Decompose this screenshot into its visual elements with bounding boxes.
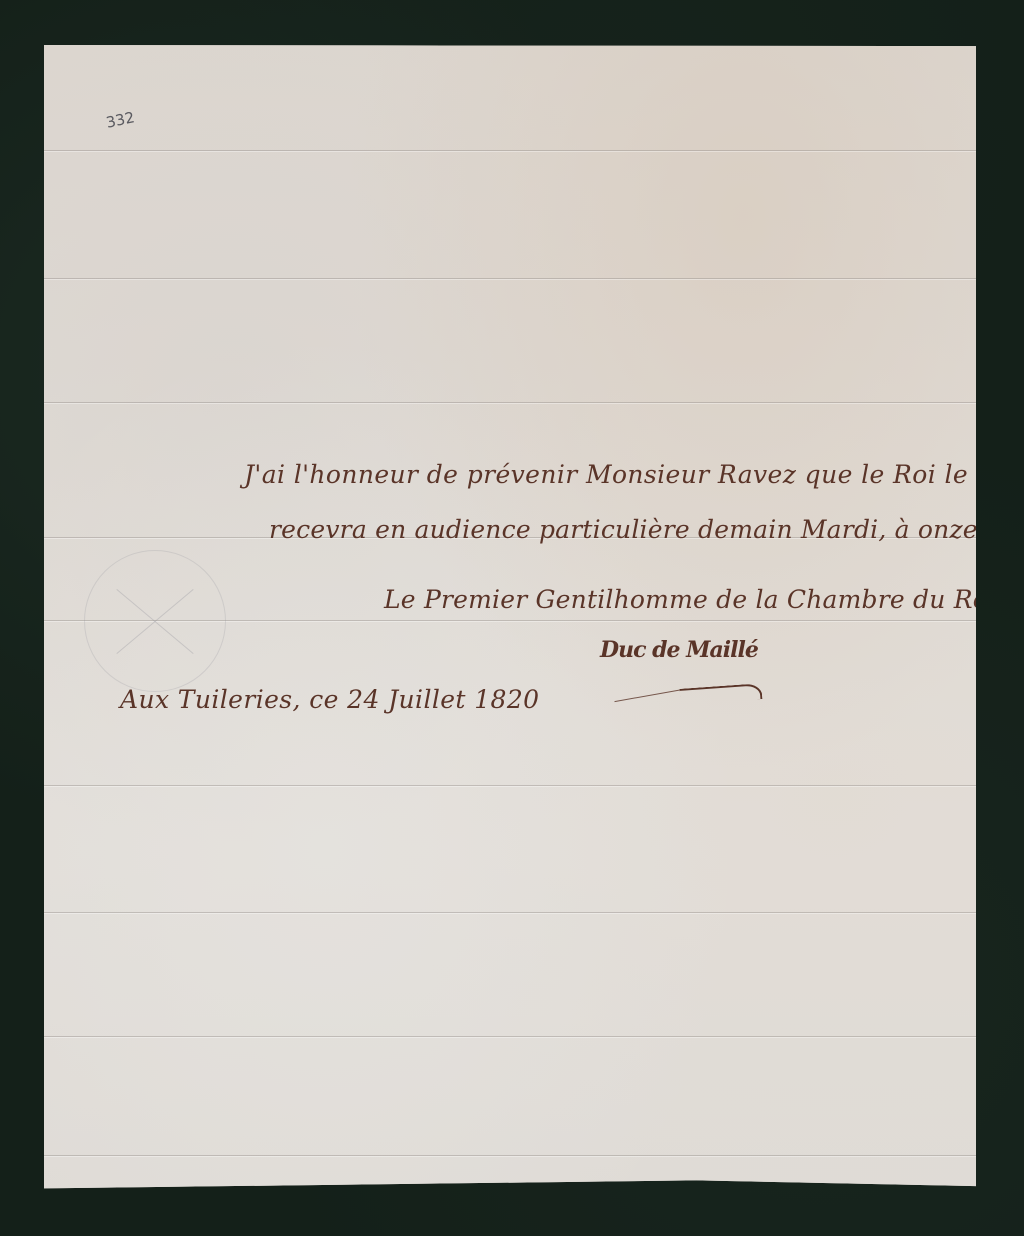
faint-stamp-mark xyxy=(84,550,226,692)
place-and-date: Aux Tuileries, ce 24 Juillet 1820 xyxy=(120,685,539,714)
signature-flourish xyxy=(680,683,763,705)
signature: Duc de Maillé xyxy=(600,637,758,663)
letter-body-line-1: J'ai l'honneur de prévenir Monsieur Rave… xyxy=(244,460,968,489)
signature-lead-stroke xyxy=(614,689,683,702)
archive-number: 332 xyxy=(104,108,136,132)
fold-line xyxy=(44,912,976,913)
fold-line xyxy=(44,1036,976,1037)
fold-line xyxy=(44,785,976,786)
signatory-title: Le Premier Gentilhomme de la Chambre du … xyxy=(384,585,996,614)
fold-line xyxy=(44,1155,976,1156)
fold-line xyxy=(44,278,976,279)
fold-line xyxy=(44,402,976,403)
fold-line xyxy=(44,150,976,151)
letter-sheet: 332 J'ai l'honneur de prévenir Monsieur … xyxy=(44,45,976,1193)
letter-body-line-2: recevra en audience particulière demain … xyxy=(269,515,1024,544)
